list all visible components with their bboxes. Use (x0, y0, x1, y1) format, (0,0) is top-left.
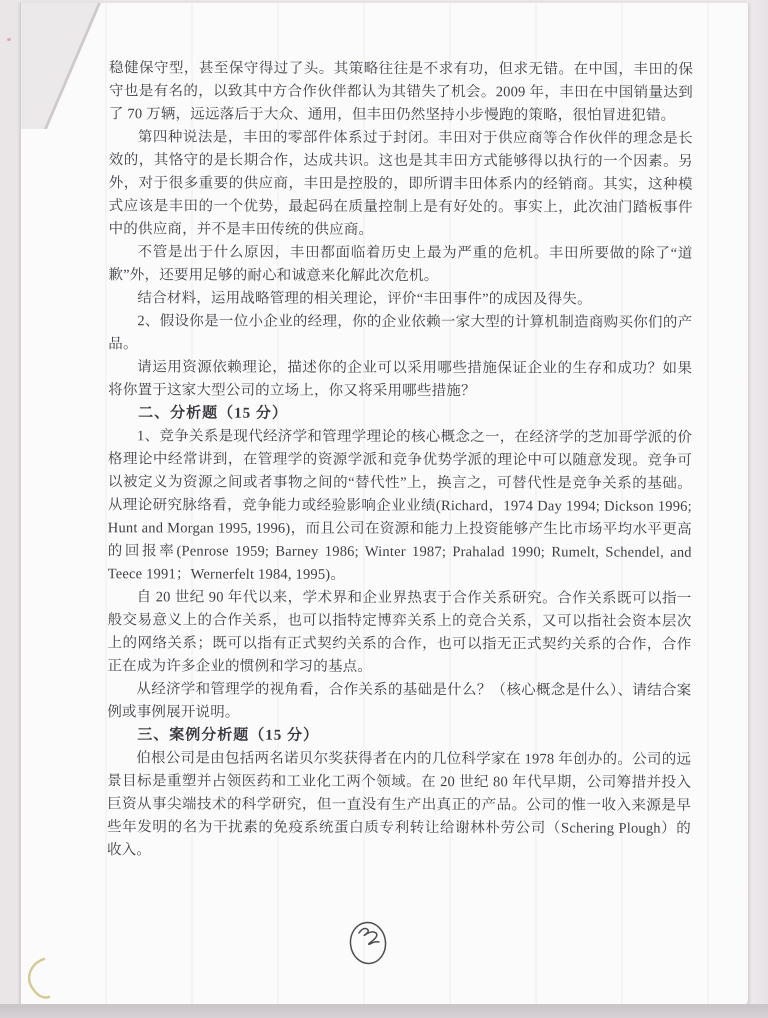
tape-mark (24, 956, 52, 1002)
section-heading-case-analysis: 三、案例分析题（15 分） (107, 724, 691, 749)
scan-speck (7, 38, 11, 41)
paragraph-competition-theory: 1、竞争关系是现代经济学和管理学理论的核心概念之一，在经济学的芝加哥学派的价格理… (108, 425, 692, 588)
handwritten-page-number (346, 916, 390, 968)
paragraph-bergen-company: 伯根公司是由包括两名诺贝尔奖获得者在内的几位科学家在 1978 年创办的。公司的… (107, 747, 691, 864)
paragraph-toyota-conservative: 稳健保守型，甚至保守得过了头。其策略往往是不求有功，但求无错。在中国，丰田的保守… (109, 57, 693, 128)
scanner-background-bottom (0, 1004, 768, 1018)
paragraph-toyota-crisis: 不管是出于什么原因，丰田都面临着历史上最为严重的危机。丰田所要做的除了“道歉”外… (108, 241, 692, 289)
handwritten-circle-icon (346, 916, 390, 968)
paragraph-cooperation-question: 从经济学和管理学的视角看，合作关系的基础是什么？（核心概念是什么）、请结合案例或… (107, 678, 691, 726)
paragraph-cooperation-research: 自 20 世纪 90 年代以来，学术界和企业界热衷于合作关系研究。合作关系既可以… (107, 586, 691, 680)
page-fold-corner (21, 3, 107, 129)
section-heading-analysis: 二、分析题（15 分） (108, 402, 692, 427)
document-text-column: 稳健保守型，甚至保守得过了头。其策略往往是不求有功，但求无错。在中国，丰田的保守… (107, 57, 693, 864)
paragraph-question-toyota: 结合材料，运用战略管理的相关理论，评价“丰田事件”的成因及得失。 (108, 287, 692, 312)
paragraph-question-resource-dependence: 请运用资源依赖理论，描述你的企业可以采用哪些措施保证企业的生存和成功？如果将你置… (108, 356, 692, 404)
scanner-background-right (746, 0, 768, 1018)
paragraph-toyota-supply-system: 第四种说法是，丰田的零部件体系过于封闭。丰田对于供应商等合作伙伴的理念是长效的，… (109, 126, 693, 243)
tape-arc-icon (24, 956, 52, 1002)
paragraph-question-small-firm: 2、假设你是一位小企业的经理，你的企业依赖一家大型的计算机制造商购买你们的产品。 (108, 310, 692, 358)
